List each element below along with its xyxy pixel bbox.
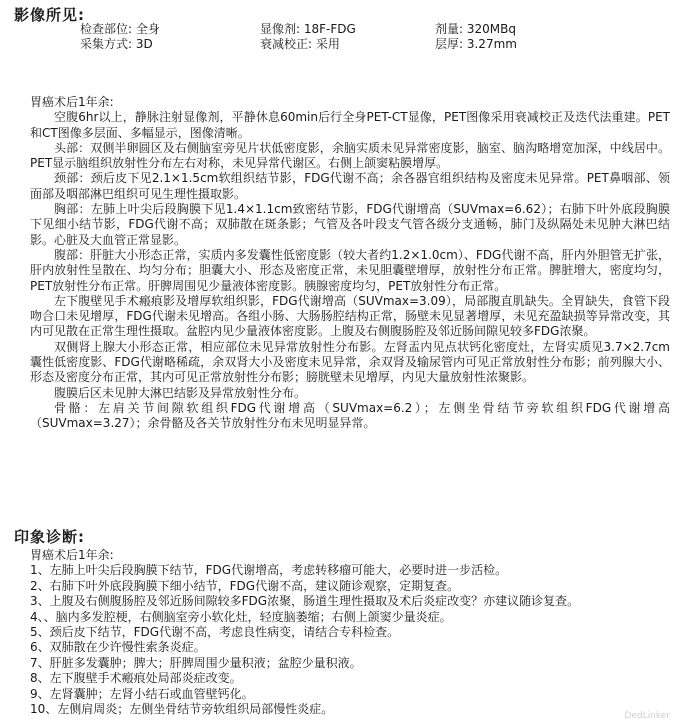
acquisition: 采集方式: 3D — [80, 37, 260, 52]
findings-paragraph: 头部：双侧半卵圆区及右侧脑室旁见片状低密度影，余脑实质未见异常密度影，脑室、脑沟… — [30, 141, 670, 172]
impression-item: 7、肝脏多发囊肿；脾大；肝脾周围少量积液；盆腔少量积液。 — [30, 656, 670, 671]
findings-body: 胃癌术后1年余: 空腹6hr以上，静脉注射显像剂，平静休息60min后行全身PE… — [30, 95, 670, 432]
findings-paragraph: 空腹6hr以上，静脉注射显像剂，平静休息60min后行全身PET-CT显像，PE… — [30, 110, 670, 141]
exam-site: 检查部位: 全身 — [80, 22, 260, 37]
findings-paragraph: 颈部：颈后皮下见2.1×1.5cm软组织结节影，FDG代谢不高；余各器官组织结构… — [30, 171, 670, 202]
dose: 剂量: 320MBq — [435, 22, 555, 37]
slice-thickness: 层厚: 3.27mm — [435, 37, 555, 52]
findings-paragraph: 双侧肾上腺大小形态正常，相应部位未见异常放射性分布影。左肾盂内见点状钙化密度灶，… — [30, 340, 670, 386]
findings-paragraph: 腹部：肝脏大小形态正常，实质内多发囊性低密度影（较大者约1.2×1.0cm）、F… — [30, 248, 670, 294]
attenuation: 衰减校正: 采用 — [260, 37, 435, 52]
tracer: 显像剂: 18F-FDG — [260, 22, 435, 37]
impression-item: 6、双肺散在少许慢性索条炎症。 — [30, 640, 670, 655]
impression-intro: 胃癌术后1年余: — [30, 548, 670, 563]
findings-intro: 胃癌术后1年余: — [30, 95, 670, 110]
watermark: DedLinker — [624, 711, 670, 721]
findings-paragraph: 骨骼：左肩关节间隙软组织FDG代谢增高（SUVmax=6.2）；左侧坐骨结节旁软… — [30, 401, 670, 432]
impression-item: 5、颈后皮下结节，FDG代谢不高，考虑良性病变，请结合专科检查。 — [30, 625, 670, 640]
impression-body: 胃癌术后1年余: 1、左肺上叶尖后段胸膜下结节，FDG代谢增高，考虑转移瘤可能大… — [30, 548, 670, 717]
impression-item: 10、左侧肩周炎；左侧坐骨结节旁软组织局部慢性炎症。 — [30, 702, 670, 717]
impression-item: 8、左下腹壁手术瘢痕处局部炎症改变。 — [30, 671, 670, 686]
findings-paragraph: 左下腹壁见手术瘢痕影及增厚软组织影，FDG代谢增高（SUVmax=3.09），局… — [30, 294, 670, 340]
impression-title: 印象诊断: — [14, 526, 85, 547]
impression-item: 1、左肺上叶尖后段胸膜下结节，FDG代谢增高，考虑转移瘤可能大，必要时进一步活检… — [30, 563, 670, 578]
findings-paragraph: 胸部：左肺上叶尖后段胸膜下见1.4×1.1cm致密结节影，FDG代谢增高（SUV… — [30, 202, 670, 248]
exam-meta: 检查部位: 全身 显像剂: 18F-FDG 剂量: 320MBq 采集方式: 3… — [80, 22, 555, 52]
impression-item: 2、右肺下叶外底段胸膜下细小结节，FDG代谢不高，建议随诊观察，定期复查。 — [30, 579, 670, 594]
impression-item: 9、左肾囊肿；左肾小结石或血管壁钙化。 — [30, 687, 670, 702]
impression-item: 4、、脑内多发腔梗，右侧脑室旁小软化灶，轻度脑萎缩；右侧上颌窦少量炎症。 — [30, 610, 670, 625]
findings-title: 影像所见: — [14, 4, 85, 25]
impression-item: 3、上腹及右侧腹肠腔及邻近肠间隙较多FDG浓聚，肠道生理性摄取及术后炎症改变？亦… — [30, 594, 670, 609]
findings-paragraph: 腹膜后区未见肿大淋巴结影及异常放射性分布。 — [30, 386, 670, 401]
